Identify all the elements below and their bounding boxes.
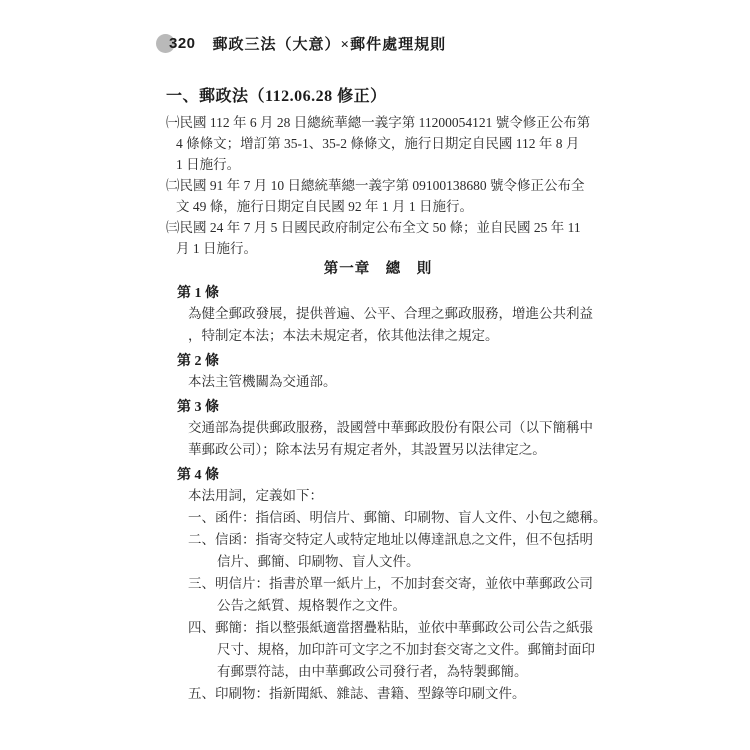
page-content: 一、郵政法（112.06.28 修正） ㈠民國 112 年 6 月 28 日總統… (166, 86, 590, 705)
amendment-marker: ㈡ (166, 178, 180, 193)
definition-item: 一、函件：指信函、明信片、郵簡、印刷物、盲人文件、小包之總稱。 (188, 507, 590, 529)
article-number: 第 2 條 (177, 353, 590, 371)
amendment-marker: ㈢ (166, 220, 180, 235)
amendment-item: ㈢民國 24 年 7 月 5 日國民政府制定公布全文 50 條；並自民國 25 … (166, 217, 590, 259)
definition-item: 四、郵簡：指以整張紙適當摺疊粘貼，並依中華郵政公司公告之紙張 尺寸、規格，加印許… (188, 617, 590, 683)
amendment-history: ㈠民國 112 年 6 月 28 日總統華總一義字第 11200054121 號… (166, 112, 590, 259)
article-body: 本法用詞，定義如下： (188, 485, 590, 507)
article: 第 3 條 交通部為提供郵政服務，設國營中華郵政股份有限公司（以下簡稱中 華郵政… (166, 399, 590, 461)
article: 第 1 條 為健全郵政發展，提供普遍、公平、合理之郵政服務，增進公共利益 ，特制… (166, 285, 590, 347)
definition-item: 五、印刷物：指新聞紙、雜誌、書籍、型錄等印刷文件。 (188, 683, 590, 705)
amendment-text: 民國 24 年 7 月 5 日國民政府制定公布全文 50 條；並自民國 25 年… (176, 220, 581, 256)
amendment-item: ㈠民國 112 年 6 月 28 日總統華總一義字第 11200054121 號… (166, 112, 590, 175)
page-number: 320 (169, 35, 196, 52)
article-number: 第 4 條 (177, 467, 590, 485)
article-number: 第 3 條 (177, 399, 590, 417)
article-number: 第 1 條 (177, 285, 590, 303)
article-body: 本法主管機關為交通部。 (188, 371, 590, 393)
page-header: 320 郵政三法（大意）×郵件處理規則 (156, 32, 446, 54)
amendment-item: ㈡民國 91 年 7 月 10 日總統華總一義字第 09100138680 號令… (166, 175, 590, 217)
article: 第 4 條 本法用詞，定義如下： 一、函件：指信函、明信片、郵簡、印刷物、盲人文… (166, 467, 590, 705)
article-body: 交通部為提供郵政服務，設國營中華郵政股份有限公司（以下簡稱中 華郵政公司）；除本… (188, 417, 590, 461)
article-body: 為健全郵政發展，提供普遍、公平、合理之郵政服務，增進公共利益 ，特制定本法；本法… (188, 303, 590, 347)
amendment-text: 民國 112 年 6 月 28 日總統華總一義字第 11200054121 號令… (176, 115, 590, 172)
definition-list: 一、函件：指信函、明信片、郵簡、印刷物、盲人文件、小包之總稱。 二、信函：指寄交… (166, 507, 590, 705)
amendment-marker: ㈠ (166, 115, 180, 130)
book-page: 320 郵政三法（大意）×郵件處理規則 一、郵政法（112.06.28 修正） … (0, 0, 750, 750)
chapter-heading: 第一章 總 則 (166, 259, 590, 279)
header-title: 郵政三法（大意）×郵件處理規則 (213, 33, 447, 54)
amendment-text: 民國 91 年 7 月 10 日總統華總一義字第 09100138680 號令修… (176, 178, 585, 214)
article: 第 2 條 本法主管機關為交通部。 (166, 353, 590, 393)
definition-item: 三、明信片：指書於單一紙片上，不加封套交寄，並依中華郵政公司 公告之紙質、規格製… (188, 573, 590, 617)
section-title: 一、郵政法（112.06.28 修正） (166, 86, 590, 108)
definition-item: 二、信函：指寄交特定人或特定地址以傳達訊息之文件，但不包括明 信片、郵簡、印刷物… (188, 529, 590, 573)
